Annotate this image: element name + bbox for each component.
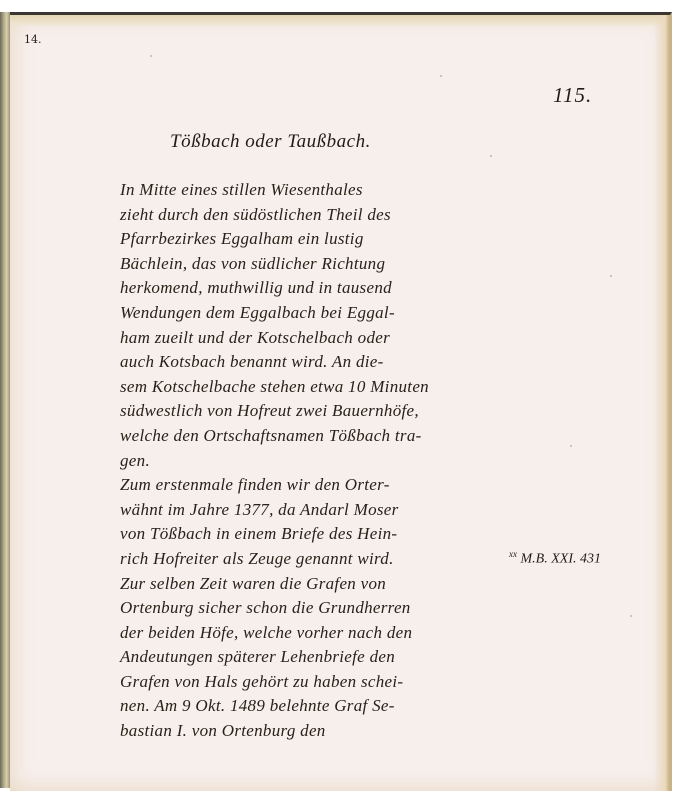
paper-speck [630,615,632,617]
text-line: Ortenburg sicher schon die Grundherren [120,596,520,621]
reference-citation: M.B. XXI. 431 [521,552,601,567]
text-line: Bächlein, das von südlicher Richtung [120,252,520,277]
paper-speck [150,55,152,57]
paper-speck [570,445,572,447]
text-line: Zum erstenmale finden wir den Orter- [120,473,520,498]
text-line: rich Hofreiter als Zeuge genannt wird. [120,547,520,572]
page-title: Tößbach oder Taußbach. [170,131,371,153]
text-line: herkomend, muthwillig und in tausend [120,276,520,301]
text-line: Andeutungen späterer Lehenbriefe den [120,645,520,670]
page-number-left: 14. [24,33,42,46]
text-line: Grafen von Hals gehört zu haben schei- [120,670,520,695]
paper-speck [490,155,492,157]
text-line: der beiden Höfe, welche vorher nach den [120,621,520,646]
handwritten-body: In Mitte eines stillen Wiesenthales zieh… [120,178,520,744]
text-line: Zur selben Zeit waren die Grafen von [120,572,520,597]
text-line: von Tößbach in einem Briefe des Hein- [120,522,520,547]
text-line: sem Kotschelbache stehen etwa 10 Minuten [120,375,520,400]
text-line: Wendungen dem Eggalbach bei Eggal- [120,301,520,326]
text-line: gen. [120,449,520,474]
paper-speck [440,75,442,77]
text-line: nen. Am 9 Okt. 1489 belehnte Graf Se- [120,694,520,719]
text-line: Pfarrbezirkes Eggalham ein lustig [120,227,520,252]
text-line: In Mitte eines stillen Wiesenthales [120,178,520,203]
manuscript-page: 14. 115. Tößbach oder Taußbach. In Mitte… [10,12,672,791]
text-line: wähnt im Jahre 1377, da Andarl Moser [120,498,520,523]
text-line: südwestlich von Hofreut zwei Bauernhöfe, [120,399,520,424]
text-line: auch Kotsbach benannt wird. An die- [120,350,520,375]
page-number-right: 115. [553,83,592,108]
margin-reference-note: xx M.B. XXI. 431 [509,549,601,568]
text-line: welche den Ortschaftsnamen Tößbach tra- [120,424,520,449]
text-line: bastian I. von Ortenburg den [120,719,520,744]
text-line: ham zueilt und der Kotschelbach oder [120,326,520,351]
footnote-mark: xx [509,549,517,559]
text-line: zieht durch den südöstlichen Theil des [120,203,520,228]
paper-speck [610,275,612,277]
